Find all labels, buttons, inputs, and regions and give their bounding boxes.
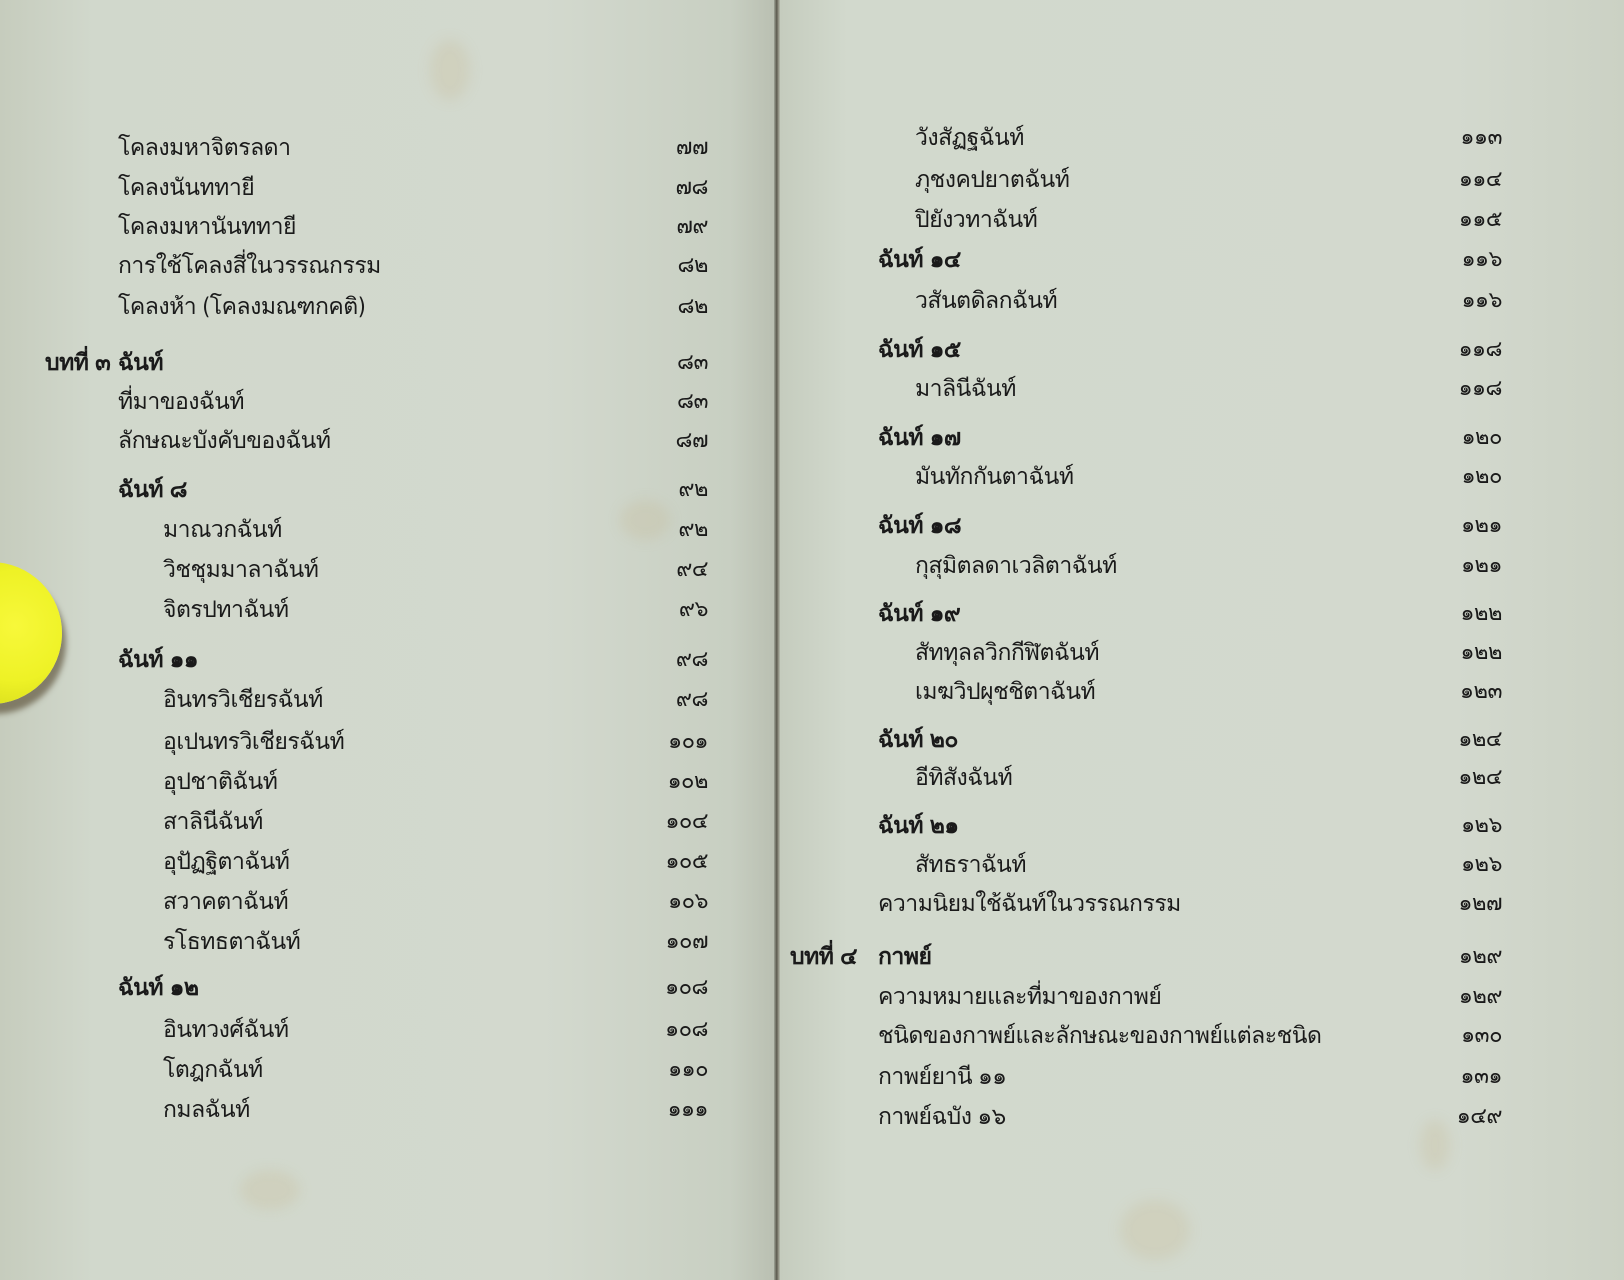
toc-entry-title: วิชชุมมาลาฉันท์ [163, 550, 318, 590]
toc-entry-page-number: ๗๗ [588, 128, 708, 168]
toc-entry-page-number: ๙๒ [588, 510, 708, 550]
toc-entry-title: ฉันท์ ๑๒ [118, 968, 199, 1008]
toc-entry: กุสุมิตลดาเวลิตาฉันท์๑๒๑ [780, 546, 1624, 586]
toc-entry-title: มาณวกฉันท์ [163, 510, 282, 550]
toc-entry-page-number: ๑๑๑ [588, 1090, 708, 1130]
toc-entry-title: วังสัฏฐฉันท์ [915, 118, 1024, 158]
toc-entry-page-number: ๑๒๑ [1382, 546, 1502, 586]
toc-entry-title: กมลฉันท์ [163, 1090, 250, 1130]
toc-entry: เมฆวิปผุชชิตาฉันท์๑๒๓ [780, 672, 1624, 712]
toc-entry-page-number: ๑๒๗ [1382, 884, 1502, 924]
toc-entry-title: ฉันท์ ๑๙ [878, 594, 960, 634]
toc-entry: โตฎกฉันท์๑๑๐ [0, 1050, 776, 1090]
toc-entry: มาณวกฉันท์๙๒ [0, 510, 776, 550]
toc-entry-page-number: ๑๒๒ [1382, 633, 1502, 673]
toc-entry-title: ฉันท์ ๑๗ [878, 418, 961, 458]
toc-entry: โคลงมหานันททายี๗๙ [0, 207, 776, 247]
toc-entry-title: จิตรปทาฉันท์ [163, 590, 289, 630]
toc-entry-title: ฉันท์ ๒๐ [878, 720, 958, 760]
toc-entry: กมลฉันท์๑๑๑ [0, 1090, 776, 1130]
toc-entry-title: ฉันท์ ๑๕ [878, 330, 961, 370]
toc-entry-title: โคลงมหานันททายี [118, 207, 296, 247]
toc-entry: โคลงห้า (โคลงมณฑกคติ)๘๒ [0, 287, 776, 327]
toc-entry-page-number: ๑๒๔ [1382, 720, 1502, 760]
toc-entry: ปิยังวทาฉันท์๑๑๕ [780, 200, 1624, 240]
toc-entry: ชนิดของกาพย์และลักษณะของกาพย์แต่ละชนิด๑๓… [780, 1016, 1624, 1056]
toc-entry: สัททุลลวิกกีฬิตฉันท์๑๒๒ [780, 633, 1624, 673]
toc-entry-page-number: ๑๒๐ [1382, 418, 1502, 458]
toc-entry-title: ฉันท์ ๒๑ [878, 806, 959, 846]
toc-entry-title: กาพย์ [878, 937, 931, 977]
toc-entry-page-number: ๘๗ [588, 421, 708, 461]
toc-entry: ลักษณะบังคับของฉันท์๘๗ [0, 421, 776, 461]
toc-entry-page-number: ๑๑๘ [1382, 369, 1502, 409]
toc-entry-page-number: ๑๑๓ [1382, 118, 1502, 158]
toc-entry: ฉันท์ ๑๒๑๐๘ [0, 968, 776, 1008]
toc-entry-title: รโธทธตาฉันท์ [163, 922, 300, 962]
toc-entry-page-number: ๑๓๑ [1382, 1057, 1502, 1097]
toc-entry: จิตรปทาฉันท์๙๖ [0, 590, 776, 630]
toc-entry: สวาคตาฉันท์๑๐๖ [0, 882, 776, 922]
toc-entry-page-number: ๙๔ [588, 550, 708, 590]
toc-entry: อุเปนทรวิเชียรฉันท์๑๐๑ [0, 722, 776, 762]
toc-entry-page-number: ๑๐๒ [588, 762, 708, 802]
toc-entry-page-number: ๗๘ [588, 168, 708, 208]
toc-entry-page-number: ๑๒๙ [1382, 937, 1502, 977]
toc-entry: สาลินีฉันท์๑๐๔ [0, 802, 776, 842]
toc-entry: บทที่ ๓ฉันท์๘๓ [0, 343, 776, 383]
toc-entry-title: สัทธราฉันท์ [915, 845, 1026, 885]
toc-entry: โคลงมหาจิตรลดา๗๗ [0, 128, 776, 168]
toc-entry-page-number: ๑๒๖ [1382, 845, 1502, 885]
toc-entry-page-number: ๙๒ [588, 470, 708, 510]
toc-entry: อุปัฏฐิตาฉันท์๑๐๕ [0, 842, 776, 882]
toc-entry-page-number: ๙๘ [588, 680, 708, 720]
toc-entry-title: มันทักกันตาฉันท์ [915, 457, 1074, 497]
toc-entry-title: อุเปนทรวิเชียรฉันท์ [163, 722, 344, 762]
toc-entry-page-number: ๑๓๐ [1382, 1016, 1502, 1056]
toc-entry-page-number: ๑๑๐ [588, 1050, 708, 1090]
toc-entry-title: โคลงมหาจิตรลดา [118, 128, 291, 168]
toc-entry-title: ฉันท์ ๑๔ [878, 240, 961, 280]
toc-entry-title: วสันตดิลกฉันท์ [915, 281, 1057, 321]
toc-entry: กาพย์ฉบัง ๑๖๑๔๙ [780, 1097, 1624, 1137]
toc-entry: รโธทธตาฉันท์๑๐๗ [0, 922, 776, 962]
toc-entry-title: ลักษณะบังคับของฉันท์ [118, 421, 331, 461]
toc-entry-page-number: ๑๒๔ [1382, 758, 1502, 798]
toc-entry-page-number: ๑๐๑ [588, 722, 708, 762]
toc-entry: วิชชุมมาลาฉันท์๙๔ [0, 550, 776, 590]
toc-entry: อินทรวิเชียรฉันท์๙๘ [0, 680, 776, 720]
book-spread: โคลงมหาจิตรลดา๗๗โคลงนันททายี๗๘โคลงมหานัน… [0, 0, 1624, 1280]
toc-entry-page-number: ๙๖ [588, 590, 708, 630]
toc-entry: ความนิยมใช้ฉันท์ในวรรณกรรม๑๒๗ [780, 884, 1624, 924]
toc-entry-title: กาพย์ยานี ๑๑ [878, 1057, 1006, 1097]
toc-entry-title: เมฆวิปผุชชิตาฉันท์ [915, 672, 1095, 712]
toc-entry: สัทธราฉันท์๑๒๖ [780, 845, 1624, 885]
toc-entry-title: อุปชาติฉันท์ [163, 762, 277, 802]
toc-entry-page-number: ๑๑๖ [1382, 281, 1502, 321]
toc-entry: อีทิสังฉันท์๑๒๔ [780, 758, 1624, 798]
toc-entry: โคลงนันททายี๗๘ [0, 168, 776, 208]
toc-entry: ความหมายและที่มาของกาพย์๑๒๙ [780, 977, 1624, 1017]
toc-entry-title: ที่มาของฉันท์ [118, 382, 244, 422]
toc-entry-page-number: ๗๙ [588, 207, 708, 247]
toc-entry-title: ฉันท์ ๘ [118, 470, 187, 510]
toc-entry: อินทวงศ์ฉันท์๑๐๘ [0, 1010, 776, 1050]
toc-entry-title: ความหมายและที่มาของกาพย์ [878, 977, 1161, 1017]
toc-entry-page-number: ๑๐๘ [588, 968, 708, 1008]
toc-entry: วังสัฏฐฉันท์๑๑๓ [780, 118, 1624, 158]
toc-entry-title: อินทรวิเชียรฉันท์ [163, 680, 323, 720]
toc-entry: ฉันท์ ๘๙๒ [0, 470, 776, 510]
toc-entry-title: โคลงห้า (โคลงมณฑกคติ) [118, 287, 365, 327]
toc-entry: มันทักกันตาฉันท์๑๒๐ [780, 457, 1624, 497]
toc-entry-title: ปิยังวทาฉันท์ [915, 200, 1037, 240]
toc-entry-page-number: ๘๒ [588, 287, 708, 327]
toc-entry-title: โคลงนันททายี [118, 168, 254, 208]
toc-entry: กาพย์ยานี ๑๑๑๓๑ [780, 1057, 1624, 1097]
chapter-label: บทที่ ๓ [45, 343, 110, 383]
toc-entry: ฉันท์ ๒๑๑๒๖ [780, 806, 1624, 846]
toc-entry-page-number: ๑๐๕ [588, 842, 708, 882]
toc-entry-page-number: ๑๒๓ [1382, 672, 1502, 712]
toc-entry-title: อุปัฏฐิตาฉันท์ [163, 842, 289, 882]
toc-entry-page-number: ๑๐๘ [588, 1010, 708, 1050]
toc-entry: อุปชาติฉันท์๑๐๒ [0, 762, 776, 802]
toc-entry-page-number: ๑๐๖ [588, 882, 708, 922]
toc-entry-page-number: ๑๒๙ [1382, 977, 1502, 1017]
right-page: วังสัฏฐฉันท์๑๑๓ภุชงคปยาตฉันท์๑๑๔ปิยังวทา… [780, 0, 1624, 1280]
toc-entry: มาลินีฉันท์๑๑๘ [780, 369, 1624, 409]
toc-entry: บทที่ ๔กาพย์๑๒๙ [780, 937, 1624, 977]
left-page: โคลงมหาจิตรลดา๗๗โคลงนันททายี๗๘โคลงมหานัน… [0, 0, 776, 1280]
toc-entry-page-number: ๑๑๘ [1382, 330, 1502, 370]
toc-entry-title: สาลินีฉันท์ [163, 802, 263, 842]
toc-entry: ฉันท์ ๑๘๑๒๑ [780, 506, 1624, 546]
toc-entry: ภุชงคปยาตฉันท์๑๑๔ [780, 160, 1624, 200]
toc-entry-page-number: ๙๘ [588, 640, 708, 680]
toc-entry-title: ภุชงคปยาตฉันท์ [915, 160, 1069, 200]
toc-entry-page-number: ๑๑๕ [1382, 200, 1502, 240]
toc-entry-page-number: ๑๒๐ [1382, 457, 1502, 497]
toc-entry: การใช้โคลงสี่ในวรรณกรรม๘๒ [0, 246, 776, 286]
toc-entry-page-number: ๑๒๖ [1382, 806, 1502, 846]
toc-entry-title: มาลินีฉันท์ [915, 369, 1016, 409]
toc-entry-title: อีทิสังฉันท์ [915, 758, 1012, 798]
toc-entry: ฉันท์ ๒๐๑๒๔ [780, 720, 1624, 760]
toc-entry: วสันตดิลกฉันท์๑๑๖ [780, 281, 1624, 321]
toc-entry-title: ฉันท์ [118, 343, 163, 383]
toc-entry-page-number: ๑๐๔ [588, 802, 708, 842]
toc-entry-title: ชนิดของกาพย์และลักษณะของกาพย์แต่ละชนิด [878, 1016, 1321, 1056]
toc-entry-page-number: ๘๓ [588, 382, 708, 422]
toc-entry-page-number: ๑๒๑ [1382, 506, 1502, 546]
toc-entry-title: ความนิยมใช้ฉันท์ในวรรณกรรม [878, 884, 1181, 924]
toc-entry-page-number: ๑๐๗ [588, 922, 708, 962]
toc-entry-title: โตฎกฉันท์ [163, 1050, 263, 1090]
toc-entry-page-number: ๑๔๙ [1382, 1097, 1502, 1137]
toc-entry-title: ฉันท์ ๑๑ [118, 640, 198, 680]
toc-entry-title: อินทวงศ์ฉันท์ [163, 1010, 289, 1050]
toc-entry: ฉันท์ ๑๕๑๑๘ [780, 330, 1624, 370]
toc-entry: ที่มาของฉันท์๘๓ [0, 382, 776, 422]
toc-entry-page-number: ๘๒ [588, 246, 708, 286]
toc-entry-page-number: ๘๓ [588, 343, 708, 383]
toc-entry-title: กุสุมิตลดาเวลิตาฉันท์ [915, 546, 1117, 586]
toc-entry-title: ฉันท์ ๑๘ [878, 506, 961, 546]
toc-entry-title: สัททุลลวิกกีฬิตฉันท์ [915, 633, 1099, 673]
toc-entry-page-number: ๑๒๒ [1382, 594, 1502, 634]
toc-entry-title: สวาคตาฉันท์ [163, 882, 288, 922]
chapter-label: บทที่ ๔ [790, 937, 857, 977]
toc-entry: ฉันท์ ๑๑๙๘ [0, 640, 776, 680]
toc-entry: ฉันท์ ๑๗๑๒๐ [780, 418, 1624, 458]
toc-entry-title: การใช้โคลงสี่ในวรรณกรรม [118, 246, 381, 286]
toc-entry: ฉันท์ ๑๙๑๒๒ [780, 594, 1624, 634]
toc-entry-page-number: ๑๑๖ [1382, 240, 1502, 280]
toc-entry: ฉันท์ ๑๔๑๑๖ [780, 240, 1624, 280]
toc-entry-title: กาพย์ฉบัง ๑๖ [878, 1097, 1006, 1137]
toc-entry-page-number: ๑๑๔ [1382, 160, 1502, 200]
